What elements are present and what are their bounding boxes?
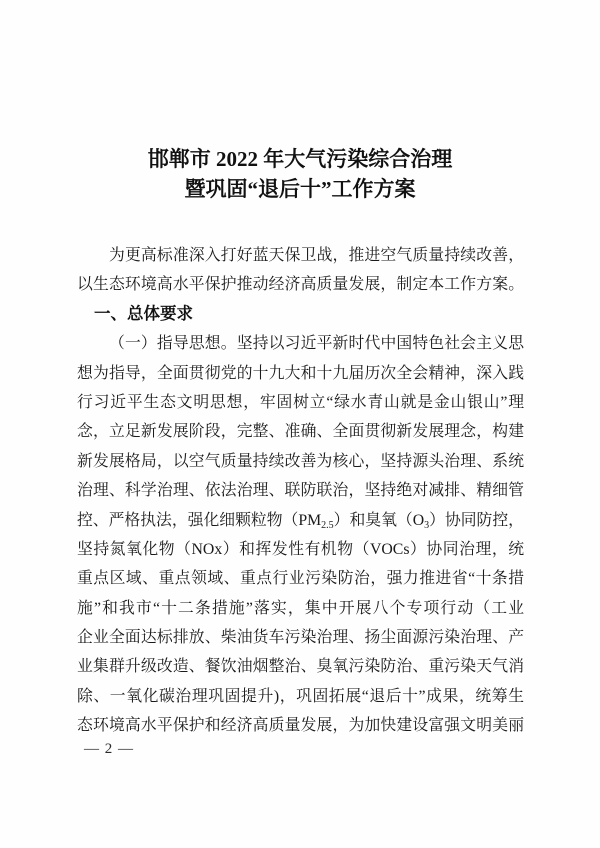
- text-line: 重点区域、重点领域、重点行业污染防治，强力推进省“十条措: [77, 564, 524, 593]
- document-title-line-1: 邯郸市 2022 年大气污染综合治理: [0, 144, 600, 174]
- page-number: — 2 —: [84, 741, 134, 758]
- document-title: 邯郸市 2022 年大气污染综合治理 暨巩固“退后十”工作方案: [0, 0, 600, 204]
- text-line: 新发展格局，以空气质量持续改善为核心，坚持源头治理、系统: [77, 447, 524, 476]
- text-line: 企业全面达标排放、柴油货车污染治理、扬尘面源污染治理、产: [77, 623, 524, 652]
- text-line: 施”和我市“十二条措施”落实，集中开展八个专项行动（工业: [77, 594, 524, 623]
- section-heading: 一、总体要求: [94, 300, 524, 329]
- text-line: 为更高标准深入打好蓝天保卫战，推进空气质量持续改善，: [77, 241, 524, 270]
- text-line: 念，立足新发展阶段，完整、准确、全面贯彻新发展理念，构建: [77, 417, 524, 446]
- document-title-line-2: 暨巩固“退后十”工作方案: [0, 174, 600, 204]
- text-line: 态环境高水平保护和经济高质量发展，为加快建设富强文明美丽: [77, 711, 524, 740]
- text-line: 除、一氧化碳治理巩固提升)，巩固拓展“退后十”成果，统筹生: [77, 682, 524, 711]
- text-line: 坚持氮氧化物（NOx）和挥发性有机物（VOCs）协同治理，统筹: [77, 535, 524, 564]
- subscript-text: 2.5: [321, 520, 334, 531]
- text-line: 治理、科学治理、依法治理、联防联治，坚持绝对减排、精细管: [77, 476, 524, 505]
- document-body: 为更高标准深入打好蓝天保卫战，推进空气质量持续改善，以生态环境高水平保护推动经济…: [77, 241, 524, 741]
- text-line: 业集群升级改造、餐饮油烟整治、臭氧污染防治、重污染天气消: [77, 652, 524, 681]
- text-line: 以生态环境高水平保护推动经济高质量发展，制定本工作方案。: [77, 270, 524, 299]
- text-line: （一）指导思想。坚持以习近平新时代中国特色社会主义思: [77, 329, 524, 358]
- text-line: 行习近平生态文明思想，牢固树立“绿水青山就是金山银山”理: [77, 388, 524, 417]
- text-line: 控、严格执法，强化细颗粒物（PM2.5）和臭氧（O3）协同防控，: [77, 506, 524, 535]
- document-page: 邯郸市 2022 年大气污染综合治理 暨巩固“退后十”工作方案 为更高标准深入打…: [0, 0, 600, 848]
- text-line: 想为指导，全面贯彻党的十九大和十九届历次全会精神，深入践: [77, 359, 524, 388]
